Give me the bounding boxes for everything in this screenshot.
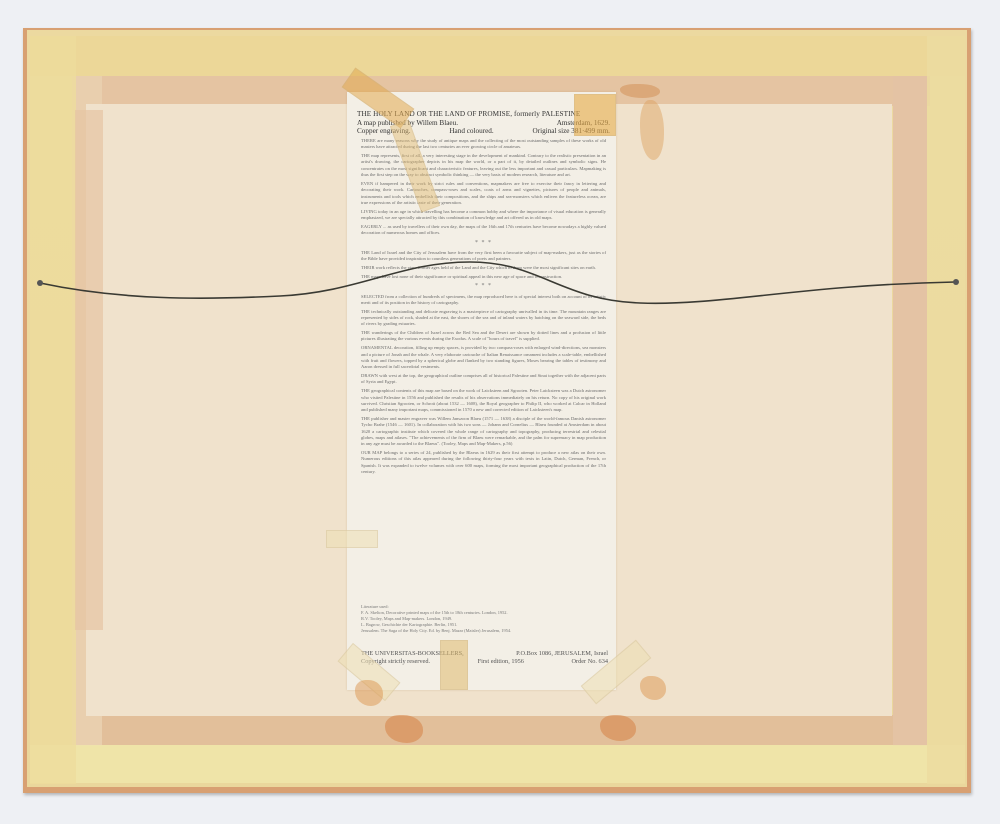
screw-eye-right-icon bbox=[953, 279, 959, 285]
screw-eye-left-icon bbox=[37, 280, 43, 286]
hanging-wire bbox=[0, 0, 1000, 824]
